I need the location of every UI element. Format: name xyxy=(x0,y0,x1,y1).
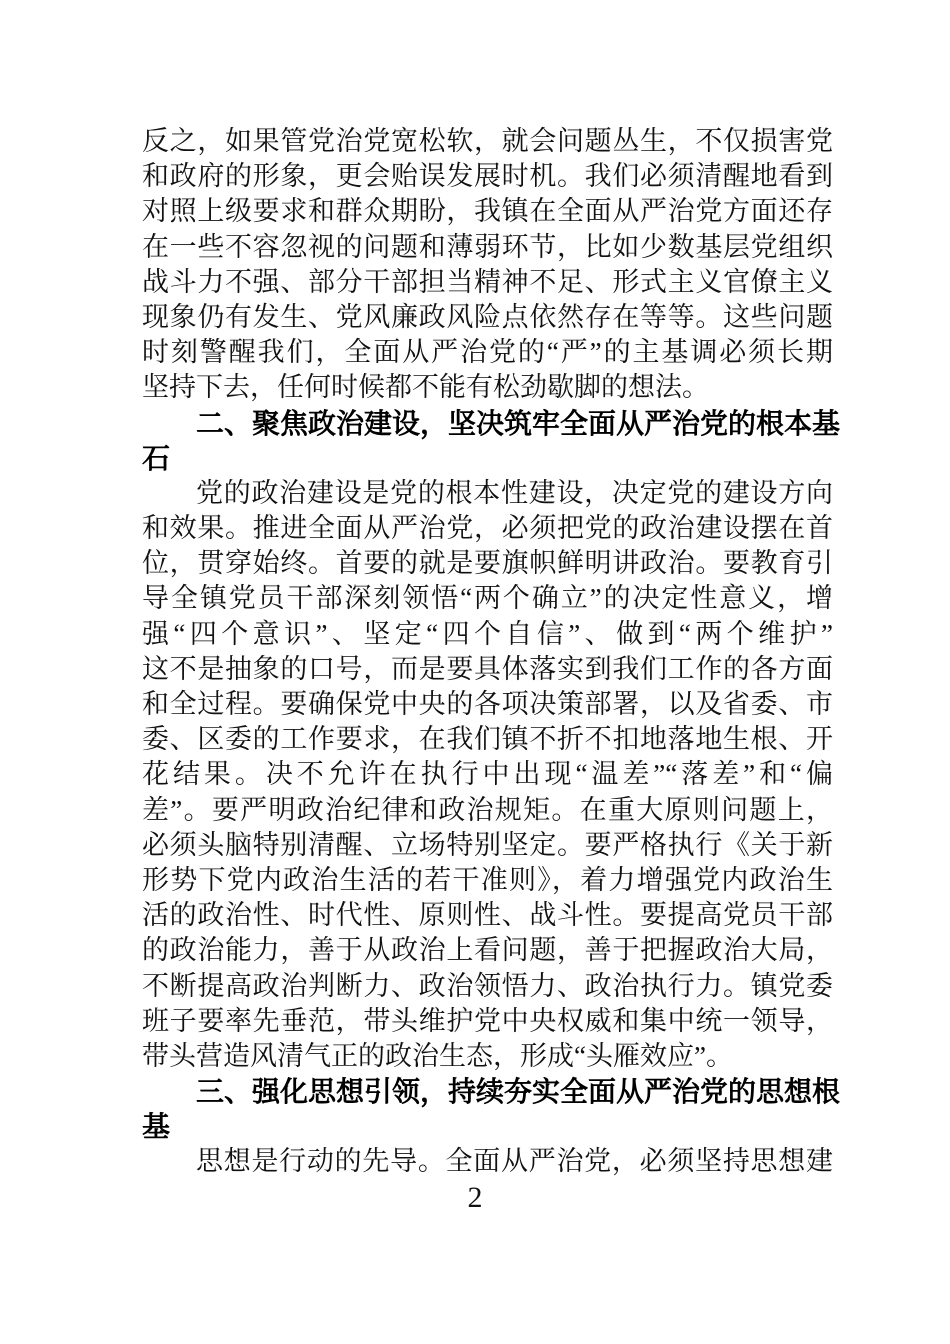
text-line: 差”。要严明政治纪律和政治规矩。在重大原则问题上， xyxy=(142,793,833,828)
section-heading-line: 三、强化思想引领，持续夯实全面从严治党的思想根 xyxy=(142,1074,833,1109)
text-line: 带头营造风清气正的政治生态，形成“头雁效应”。 xyxy=(142,1039,833,1074)
section-heading-line: 二、聚焦政治建设，坚决筑牢全面从严治党的根本基 xyxy=(142,406,833,441)
paragraph-first-line: 思想是行动的先导。全面从严治党，必须坚持思想建 xyxy=(142,1144,833,1179)
section-heading-line: 基 xyxy=(142,1109,833,1144)
text-line: 坚持下去，任何时候都不能有松劲歇脚的想法。 xyxy=(142,370,833,405)
text-line: 必须头脑特别清醒、立场特别坚定。要严格执行《关于新 xyxy=(142,828,833,863)
text-line: 和政府的形象，更会贻误发展时机。我们必须清醒地看到 xyxy=(142,159,833,194)
text-line: 这不是抽象的口号，而是要具体落实到我们工作的各方面 xyxy=(142,652,833,687)
paragraph-first-line: 党的政治建设是党的根本性建设，决定党的建设方向 xyxy=(142,476,833,511)
text-line: 位，贯穿始终。首要的就是要旗帜鲜明讲政治。要教育引 xyxy=(142,546,833,581)
text-line: 导全镇党员干部深刻领悟“两个确立”的决定性意义，增 xyxy=(142,581,833,616)
text-line: 班子要率先垂范，带头维护党中央权威和集中统一领导， xyxy=(142,1004,833,1039)
text-line: 和效果。推进全面从严治党，必须把党的政治建设摆在首 xyxy=(142,511,833,546)
text-line: 现象仍有发生、党风廉政风险点依然存在等等。这些问题 xyxy=(142,300,833,335)
text-line: 活的政治性、时代性、原则性、战斗性。要提高党员干部 xyxy=(142,898,833,933)
document-page: 反之，如果管党治党宽松软，就会问题丛生，不仅损害党 和政府的形象，更会贻误发展时… xyxy=(0,0,950,1344)
text-line: 反之，如果管党治党宽松软，就会问题丛生，不仅损害党 xyxy=(142,124,833,159)
text-line: 的政治能力，善于从政治上看问题，善于把握政治大局， xyxy=(142,933,833,968)
text-line: 委、区委的工作要求，在我们镇不折不扣地落地生根、开 xyxy=(142,722,833,757)
section-heading-line: 石 xyxy=(142,441,833,476)
text-line: 和全过程。要确保党中央的各项决策部署，以及省委、市 xyxy=(142,687,833,722)
text-line: 战斗力不强、部分干部担当精神不足、形式主义官僚主义 xyxy=(142,265,833,300)
text-line: 形势下党内政治生活的若干准则》，着力增强党内政治生 xyxy=(142,863,833,898)
text-line: 对照上级要求和群众期盼，我镇在全面从严治党方面还存 xyxy=(142,194,833,229)
document-text-block: 反之，如果管党治党宽松软，就会问题丛生，不仅损害党 和政府的形象，更会贻误发展时… xyxy=(142,124,833,1180)
text-line: 在一些不容忽视的问题和薄弱环节，比如少数基层党组织 xyxy=(142,230,833,265)
text-line: 强“四个意识”、坚定“四个自信”、做到“两个维护” xyxy=(142,617,833,652)
page-number: 2 xyxy=(0,1180,950,1216)
text-line: 时刻警醒我们，全面从严治党的“严”的主基调必须长期 xyxy=(142,335,833,370)
text-line: 花结果。决不允许在执行中出现“温差”“落差”和“偏 xyxy=(142,757,833,792)
text-line: 不断提高政治判断力、政治领悟力、政治执行力。镇党委 xyxy=(142,969,833,1004)
